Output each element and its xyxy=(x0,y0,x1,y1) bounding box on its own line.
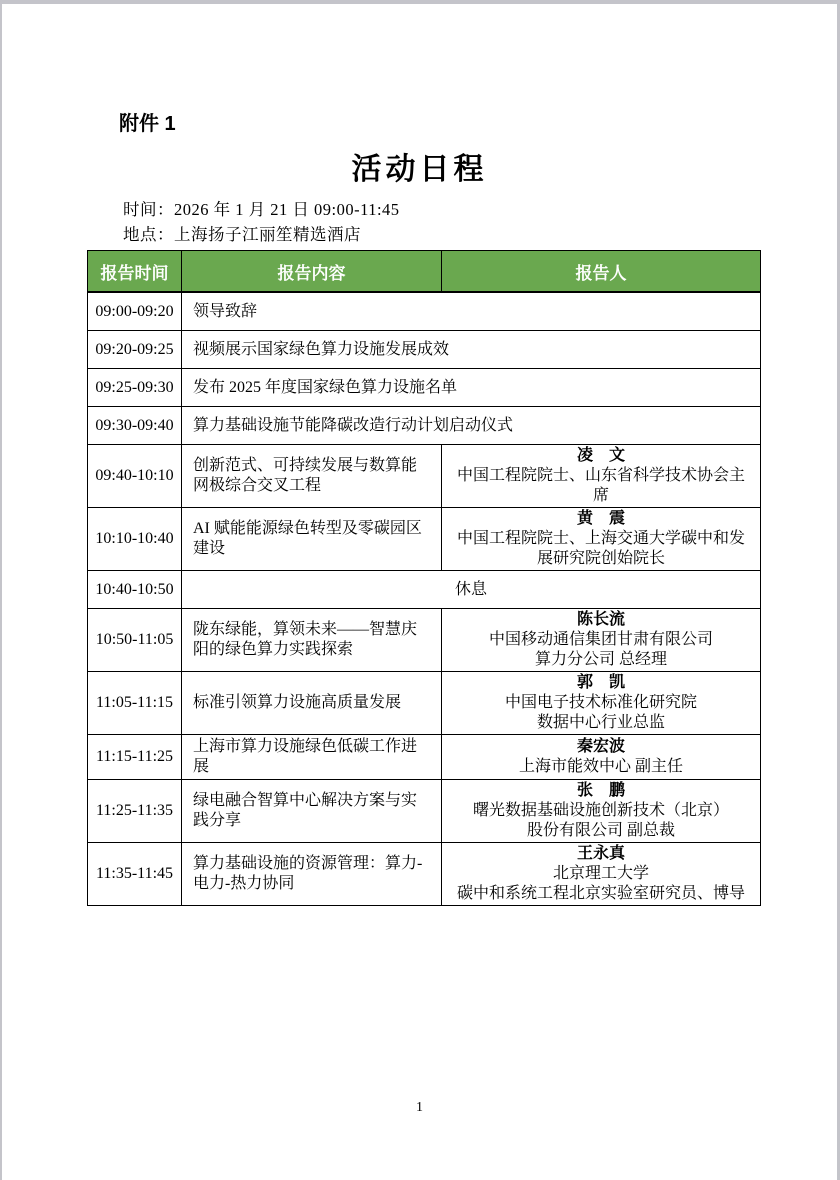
content-cell: 视频展示国家绿色算力设施发展成效 xyxy=(182,331,761,369)
speaker-name: 郭 凯 xyxy=(452,673,750,693)
speaker-affiliation: 上海市能效中心 副主任 xyxy=(452,757,750,777)
content-cell: AI 赋能能源绿色转型及零碳园区建设 xyxy=(182,508,442,571)
speaker-affiliation: 股份有限公司 副总裁 xyxy=(452,821,750,841)
speaker-affiliation: 中国移动通信集团甘肃有限公司 xyxy=(452,630,750,650)
speaker-affiliation: 中国工程院院士、上海交通大学碳中和发展研究院创始院长 xyxy=(452,529,750,569)
time-cell: 09:25-09:30 xyxy=(88,369,182,407)
table-row: 09:30-09:40 算力基础设施节能降碳改造行动计划启动仪式 xyxy=(88,407,761,445)
content-cell: 发布 2025 年度国家绿色算力设施名单 xyxy=(182,369,761,407)
time-cell: 10:40-10:50 xyxy=(88,571,182,609)
page-number: 1 xyxy=(2,1100,837,1116)
speaker-affiliation: 北京理工大学 xyxy=(452,864,750,884)
speaker-cell: 凌 文 中国工程院院士、山东省科学技术协会主席 xyxy=(442,445,761,508)
table-row: 09:20-09:25 视频展示国家绿色算力设施发展成效 xyxy=(88,331,761,369)
speaker-affiliation: 中国电子技术标准化研究院 xyxy=(452,693,750,713)
table-row: 10:50-11:05 陇东绿能，算领未来——智慧庆阳的绿色算力实践探索 陈长流… xyxy=(88,609,761,672)
document-page: 附件 1 活动日程 时间：2026 年 1 月 21 日 09:00-11:45… xyxy=(0,0,840,1180)
speaker-name: 黄 震 xyxy=(452,509,750,529)
time-cell: 10:50-11:05 xyxy=(88,609,182,672)
content-cell: 算力基础设施节能降碳改造行动计划启动仪式 xyxy=(182,407,761,445)
speaker-cell: 秦宏波 上海市能效中心 副主任 xyxy=(442,735,761,780)
table-row: 10:10-10:40 AI 赋能能源绿色转型及零碳园区建设 黄 震 中国工程院… xyxy=(88,508,761,571)
content-cell: 绿电融合智算中心解决方案与实践分享 xyxy=(182,780,442,843)
content-cell: 陇东绿能，算领未来——智慧庆阳的绿色算力实践探索 xyxy=(182,609,442,672)
speaker-cell: 张 鹏 曙光数据基础设施创新技术（北京） 股份有限公司 副总裁 xyxy=(442,780,761,843)
table-row: 11:25-11:35 绿电融合智算中心解决方案与实践分享 张 鹏 曙光数据基础… xyxy=(88,780,761,843)
table-row: 09:40-10:10 创新范式、可持续发展与数算能网极综合交叉工程 凌 文 中… xyxy=(88,445,761,508)
header-content: 报告内容 xyxy=(182,251,442,293)
time-cell: 11:35-11:45 xyxy=(88,843,182,906)
table-row: 11:35-11:45 算力基础设施的资源管理：算力-电力-热力协同 王永真 北… xyxy=(88,843,761,906)
content-cell: 算力基础设施的资源管理：算力-电力-热力协同 xyxy=(182,843,442,906)
header-time: 报告时间 xyxy=(88,251,182,293)
speaker-cell: 黄 震 中国工程院院士、上海交通大学碳中和发展研究院创始院长 xyxy=(442,508,761,571)
content-cell: 上海市算力设施绿色低碳工作进展 xyxy=(182,735,442,780)
speaker-name: 秦宏波 xyxy=(452,737,750,757)
time-cell: 11:25-11:35 xyxy=(88,780,182,843)
content-cell: 休息 xyxy=(182,571,761,609)
schedule-table: 报告时间 报告内容 报告人 09:00-09:20 领导致辞 09:20-09:… xyxy=(87,250,761,906)
speaker-cell: 郭 凯 中国电子技术标准化研究院 数据中心行业总监 xyxy=(442,672,761,735)
speaker-affiliation: 中国工程院院士、山东省科学技术协会主席 xyxy=(452,466,750,506)
speaker-affiliation: 数据中心行业总监 xyxy=(452,713,750,733)
time-cell: 09:30-09:40 xyxy=(88,407,182,445)
header-speaker: 报告人 xyxy=(442,251,761,293)
page-title: 活动日程 xyxy=(2,144,837,188)
speaker-cell: 陈长流 中国移动通信集团甘肃有限公司 算力分公司 总经理 xyxy=(442,609,761,672)
attachment-label: 附件 1 xyxy=(119,107,176,136)
speaker-cell: 王永真 北京理工大学 碳中和系统工程北京实验室研究员、博导 xyxy=(442,843,761,906)
speaker-affiliation: 曙光数据基础设施创新技术（北京） xyxy=(452,801,750,821)
time-cell: 09:40-10:10 xyxy=(88,445,182,508)
speaker-affiliation: 算力分公司 总经理 xyxy=(452,650,750,670)
content-cell: 标准引领算力设施高质量发展 xyxy=(182,672,442,735)
table-row: 09:00-09:20 领导致辞 xyxy=(88,292,761,331)
table-row: 10:40-10:50 休息 xyxy=(88,571,761,609)
event-location-line: 地点：上海扬子江丽笙精选酒店 xyxy=(123,221,361,245)
time-cell: 10:10-10:40 xyxy=(88,508,182,571)
content-cell: 领导致辞 xyxy=(182,292,761,331)
speaker-name: 陈长流 xyxy=(452,610,750,630)
time-cell: 09:20-09:25 xyxy=(88,331,182,369)
table-row: 11:05-11:15 标准引领算力设施高质量发展 郭 凯 中国电子技术标准化研… xyxy=(88,672,761,735)
table-row: 09:25-09:30 发布 2025 年度国家绿色算力设施名单 xyxy=(88,369,761,407)
time-cell: 09:00-09:20 xyxy=(88,292,182,331)
table-row: 11:15-11:25 上海市算力设施绿色低碳工作进展 秦宏波 上海市能效中心 … xyxy=(88,735,761,780)
time-cell: 11:05-11:15 xyxy=(88,672,182,735)
speaker-name: 王永真 xyxy=(452,844,750,864)
speaker-name: 张 鹏 xyxy=(452,781,750,801)
table-header-row: 报告时间 报告内容 报告人 xyxy=(88,251,761,293)
content-cell: 创新范式、可持续发展与数算能网极综合交叉工程 xyxy=(182,445,442,508)
speaker-affiliation: 碳中和系统工程北京实验室研究员、博导 xyxy=(452,884,750,904)
time-cell: 11:15-11:25 xyxy=(88,735,182,780)
event-time-line: 时间：2026 年 1 月 21 日 09:00-11:45 xyxy=(123,196,400,220)
speaker-name: 凌 文 xyxy=(452,446,750,466)
